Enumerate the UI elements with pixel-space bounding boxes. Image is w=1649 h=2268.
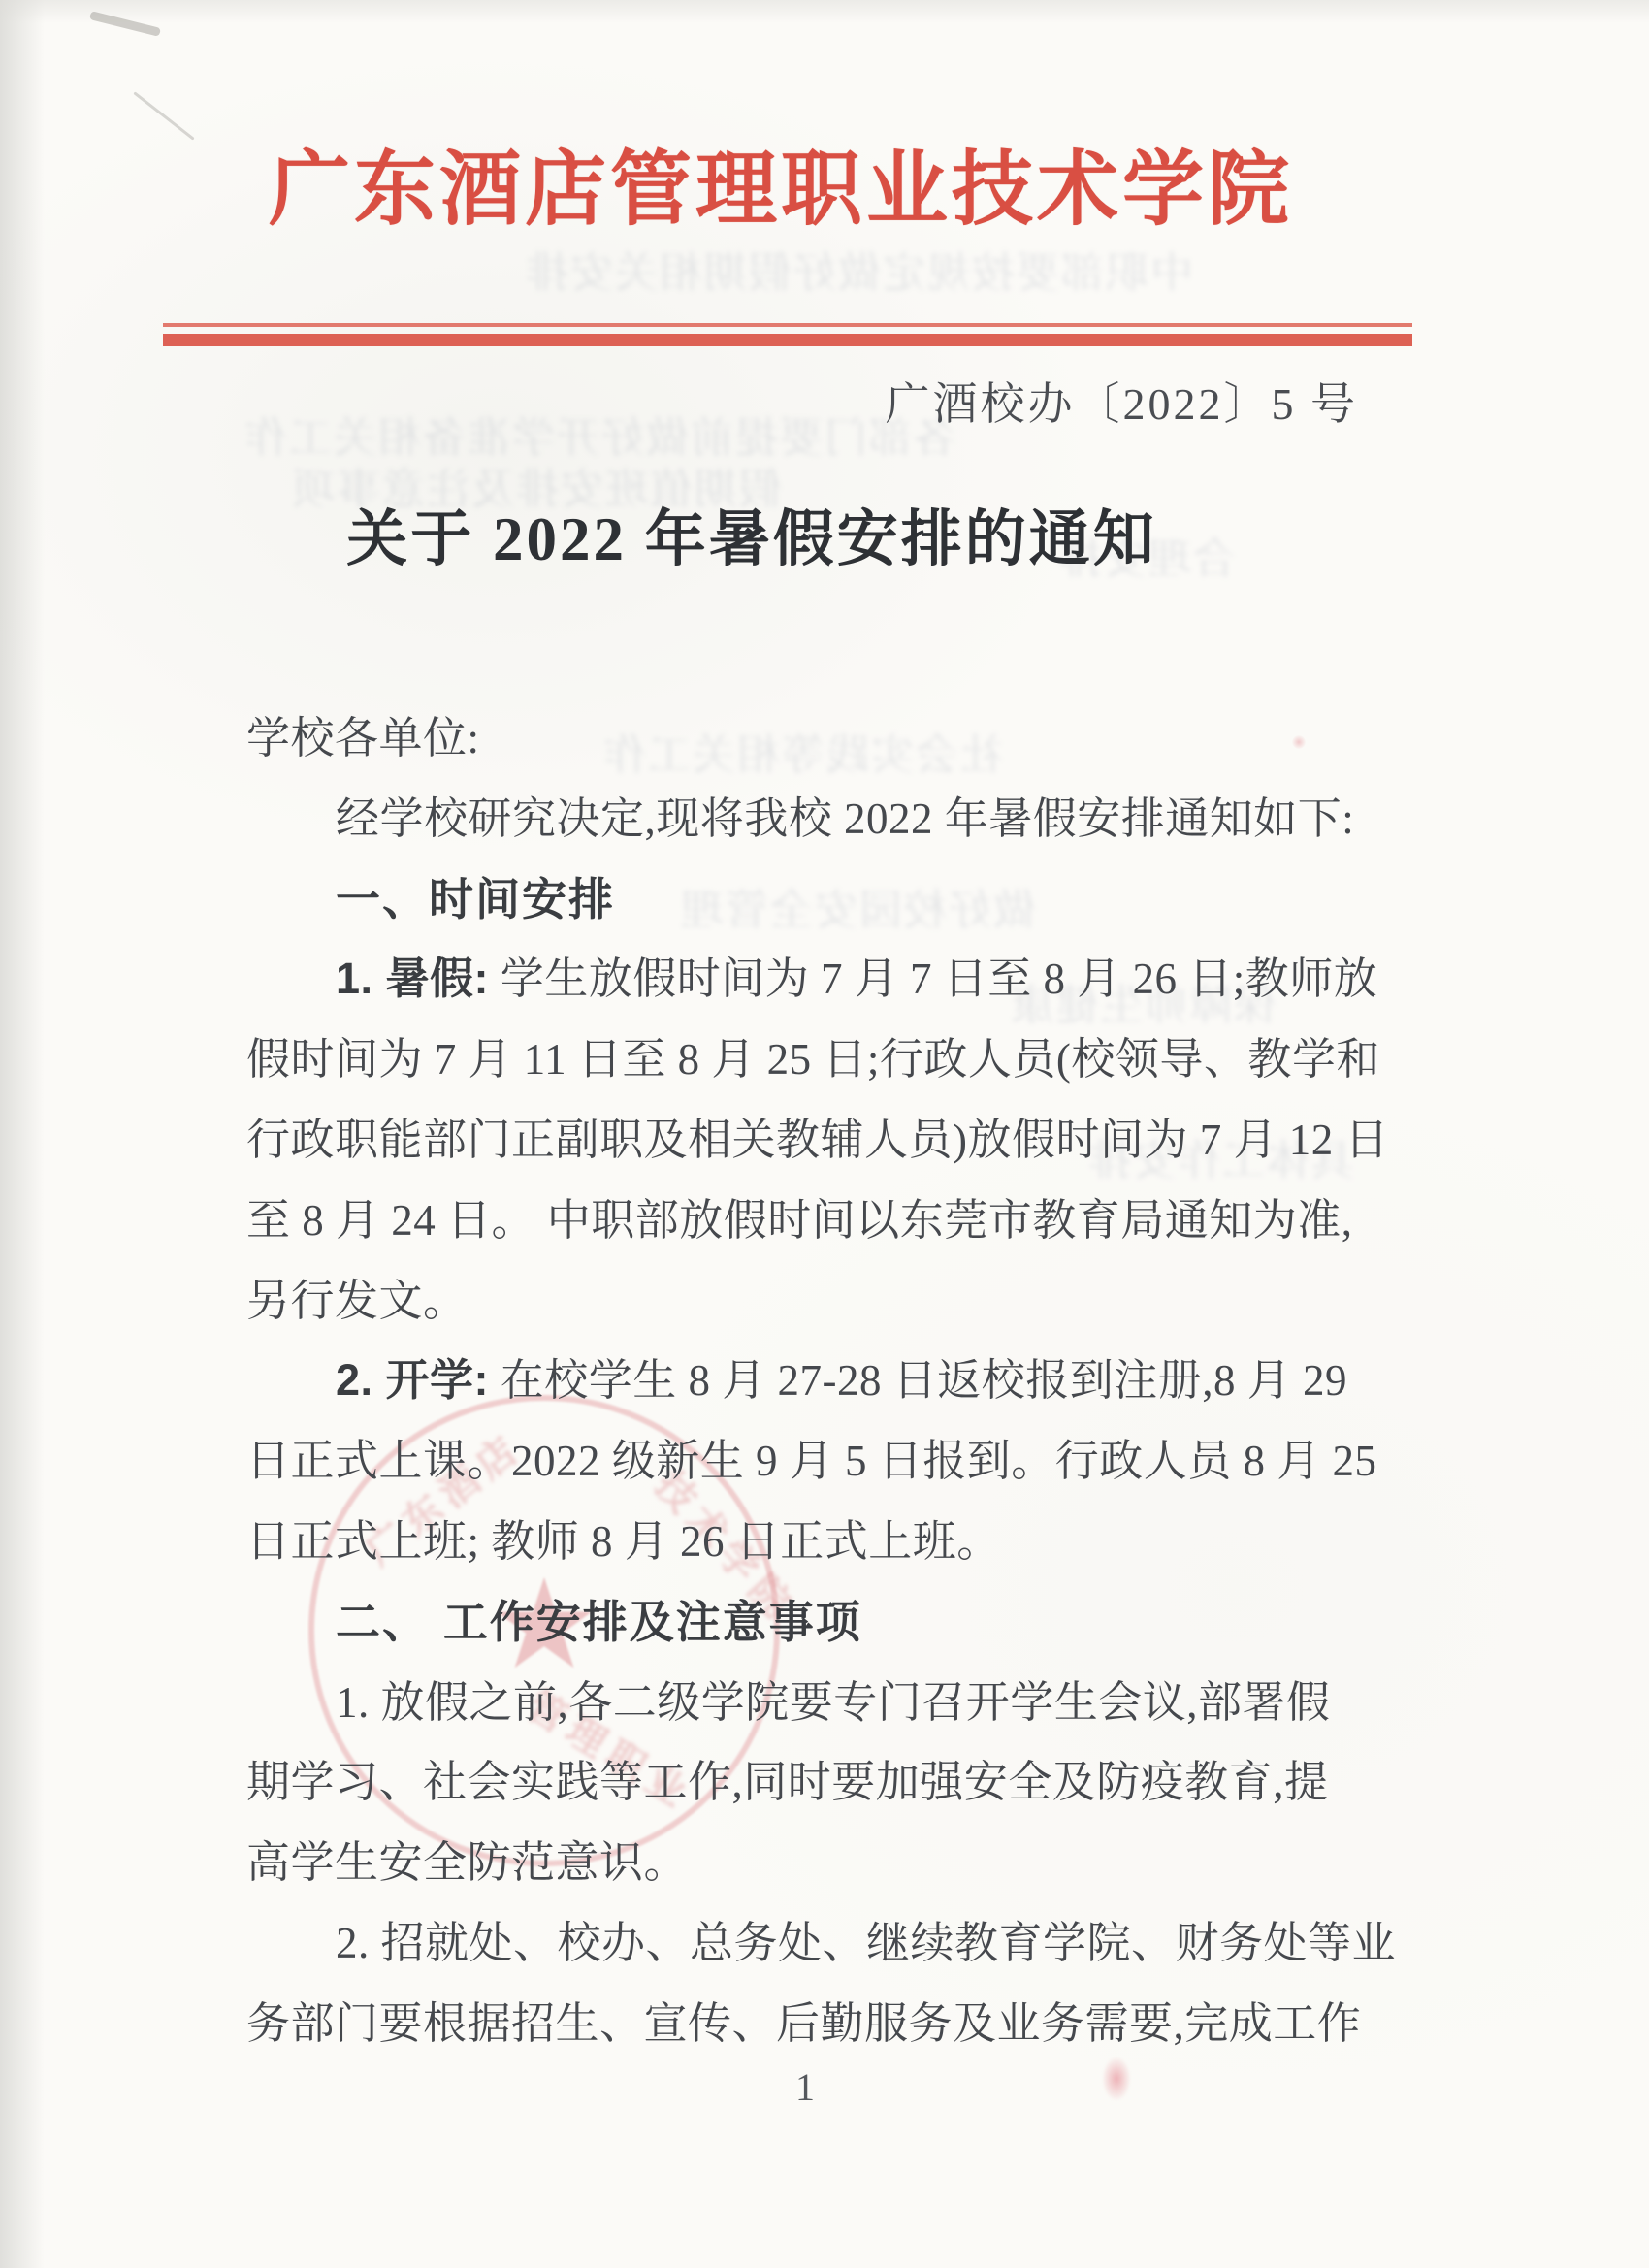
line-text: 日正式上班; 教师 8 月 26 日正式上班。 [246, 1517, 1001, 1566]
lead-text: 一、时间安排 [336, 874, 615, 924]
line-text: 务部门要根据招生、宣传、后勤服务及业务需要,完成工作 [246, 1999, 1361, 2048]
scan-edge-shadow-top [0, 0, 1649, 23]
body-line: 期学习、社会实践等工作,同时要加强安全及防疫教育,提 [246, 1742, 1362, 1823]
lead-text: 1. 暑假: [336, 954, 489, 1003]
notice-title: 关于 2022 年暑假安排的通知 [291, 490, 1212, 578]
lead-text: 二、 工作安排及注意事项 [336, 1597, 862, 1647]
lead-text: 2. 开学: [336, 1355, 489, 1405]
section-heading: 一、时间安排 [246, 859, 1362, 940]
doc-number: 广酒校办〔2022〕5 号 [863, 369, 1358, 433]
body-line: 至 8 月 24 日。 中职部放假时间以东莞市教育局通知为准, [246, 1181, 1362, 1261]
page-number: 1 [766, 2064, 844, 2110]
body-line: 日正式上班; 教师 8 月 26 日正式上班。 [246, 1502, 1362, 1582]
line-text: 高学生安全防范意识。 [246, 1838, 688, 1887]
line-text: 在校学生 8 月 27-28 日返校报到注册,8 月 29 [489, 1356, 1347, 1405]
line-text: 至 8 月 24 日。 中职部放假时间以东莞市教育局通知为准, [246, 1196, 1353, 1245]
body-line: 高学生安全防范意识。 [246, 1823, 1362, 1903]
body-line: 假时间为 7 月 11 日至 8 月 25 日;行政人员(校领导、教学和 [246, 1020, 1362, 1100]
section-heading: 二、 工作安排及注意事项 [246, 1582, 1362, 1663]
notice-body: 学校各单位: 经学校研究决定,现将我校 2022 年暑假安排通知如下: 一、时间… [246, 698, 1362, 2064]
line-text: 另行发文。 [246, 1277, 468, 1325]
bleed-through-line: 中职部要按规定做好假期相关安排 [524, 238, 1193, 300]
scan-edge-shadow-left [0, 0, 45, 2268]
scanned-notice-page: 中职部要按规定做好假期相关安排 各部门要提前做好开学准备相关工作 假期值班安排及… [0, 0, 1649, 2268]
line-text: 学生放假时间为 7 月 7 日至 8 月 26 日;教师放 [489, 955, 1377, 1003]
body-line: 务部门要根据招生、宣传、后勤服务及业务需要,完成工作 [246, 1984, 1362, 2064]
line-text: 期学习、社会实践等工作,同时要加强安全及防疫教育,提 [246, 1758, 1329, 1806]
line-text: 2. 招就处、校办、总务处、继续教育学院、财务处等业 [336, 1919, 1396, 1967]
body-line: 日正式上课。2022 级新生 9 月 5 日报到。行政人员 8 月 25 [246, 1421, 1362, 1502]
body-line: 另行发文。 [246, 1261, 1362, 1342]
body-line: 学校各单位: [246, 698, 1362, 779]
school-name-header: 广东酒店管理职业技术学院 [155, 124, 1406, 242]
red-separator-thick [163, 334, 1412, 346]
body-line: 2. 招就处、校办、总务处、继续教育学院、财务处等业 [246, 1903, 1362, 1984]
line-text: 假时间为 7 月 11 日至 8 月 25 日;行政人员(校领导、教学和 [246, 1035, 1380, 1084]
body-line: 2. 开学: 在校学生 8 月 27-28 日返校报到注册,8 月 29 [246, 1341, 1362, 1421]
line-text: 1. 放假之前,各二级学院要专门召开学生会议,部署假 [336, 1678, 1331, 1727]
line-text: 行政职能部门正副职及相关教辅人员)放假时间为 7 月 12 日 [246, 1116, 1389, 1164]
line-text: 日正式上课。2022 级新生 9 月 5 日报到。行政人员 8 月 25 [246, 1437, 1377, 1485]
red-separator-thin [163, 323, 1412, 327]
body-line: 1. 暑假: 学生放假时间为 7 月 7 日至 8 月 26 日;教师放 [246, 939, 1362, 1020]
line-text: 学校各单位: [246, 714, 480, 762]
line-text: 经学校研究决定,现将我校 2022 年暑假安排通知如下: [336, 794, 1354, 843]
body-line: 1. 放假之前,各二级学院要专门召开学生会议,部署假 [246, 1663, 1362, 1743]
body-line: 经学校研究决定,现将我校 2022 年暑假安排通知如下: [246, 779, 1362, 859]
body-line: 行政职能部门正副职及相关教辅人员)放假时间为 7 月 12 日 [246, 1100, 1362, 1181]
